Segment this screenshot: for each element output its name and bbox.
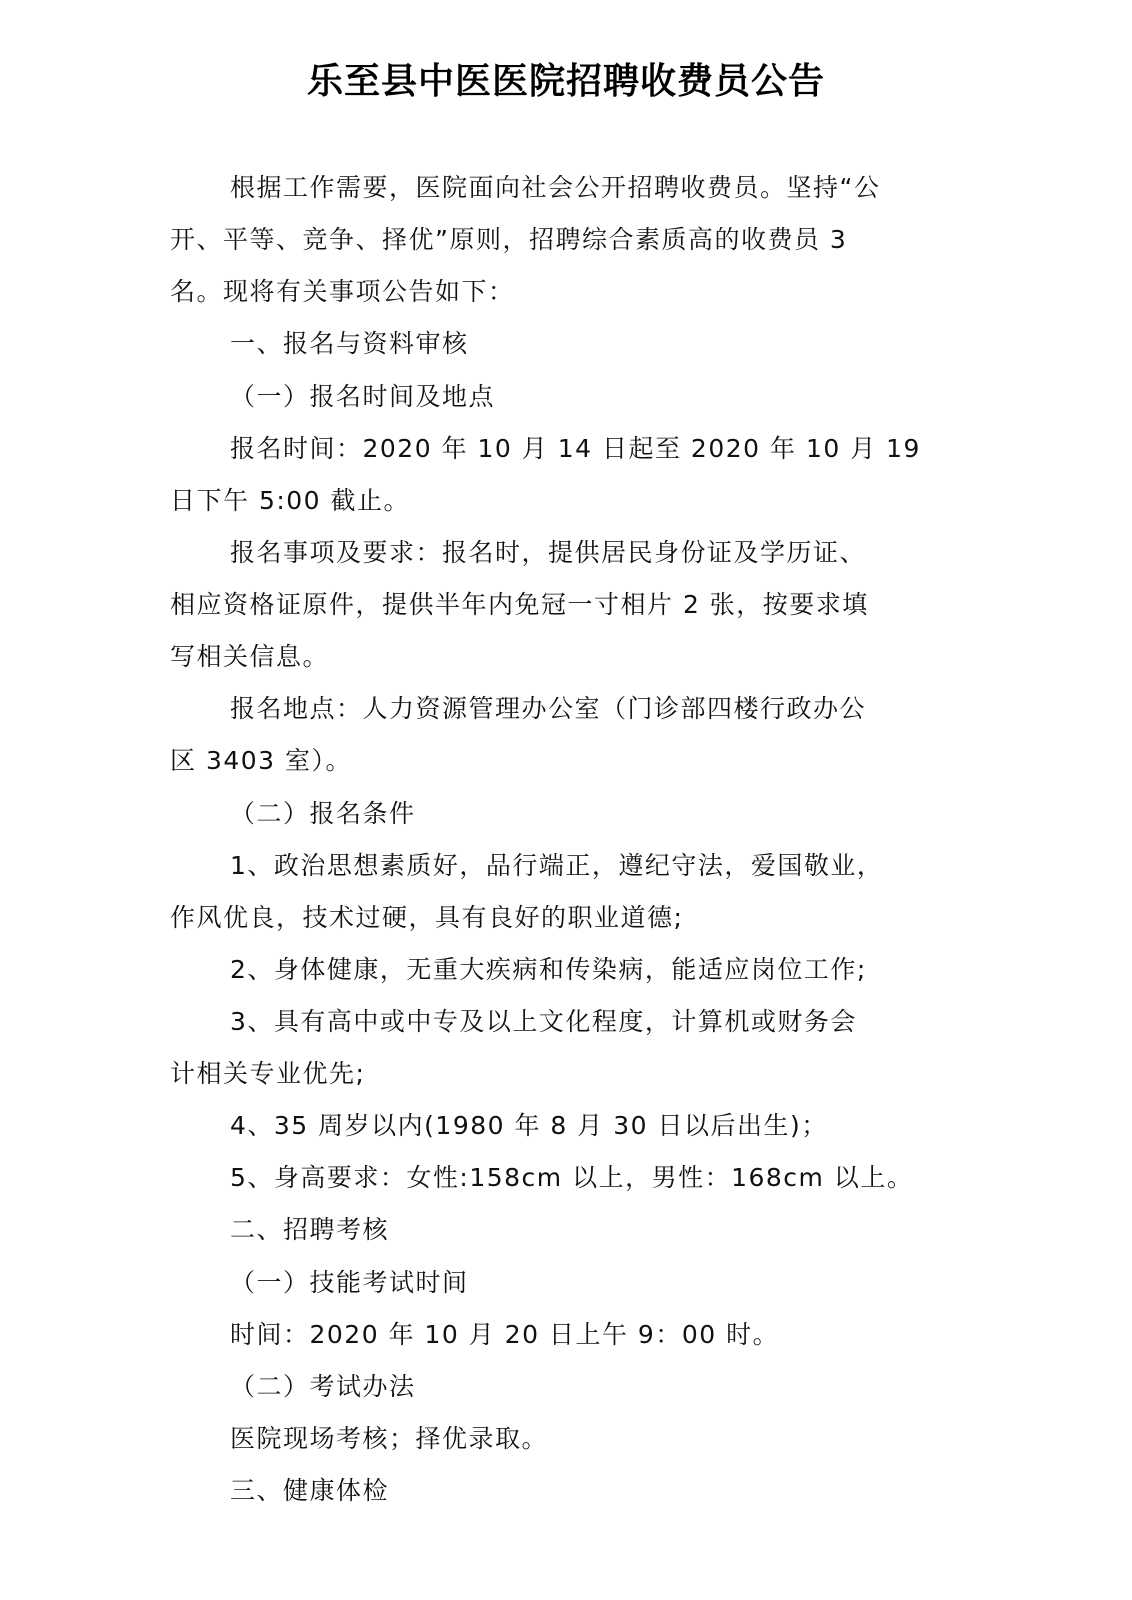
document-title: 乐至县中医医院招聘收费员公告 (0, 54, 1132, 110)
intro-paragraph-line-1: 根据工作需要，医院面向社会公开招聘收费员。坚持“公 (230, 168, 960, 208)
registration-location-line-1: 报名地点：人力资源管理办公室（门诊部四楼行政办公 (230, 689, 960, 729)
condition-3-line-1: 3、具有高中或中专及以上文化程度，计算机或财务会 (230, 1002, 960, 1042)
condition-5: 5、身高要求：女性:158cm 以上，男性：168cm 以上。 (230, 1158, 960, 1198)
section-heading-health-check: 三、健康体检 (230, 1471, 960, 1511)
subsection-heading-conditions: （二）报名条件 (230, 794, 960, 834)
condition-4: 4、35 周岁以内(1980 年 8 月 30 日以后出生)； (230, 1106, 960, 1146)
section-heading-registration: 一、报名与资料审核 (230, 324, 960, 364)
registration-location-line-2: 区 3403 室）。 (170, 741, 960, 781)
registration-requirements-line-1: 报名事项及要求：报名时，提供居民身份证及学历证、 (230, 533, 960, 573)
exam-time: 时间：2020 年 10 月 20 日上午 9：00 时。 (230, 1315, 960, 1355)
section-heading-assessment: 二、招聘考核 (230, 1210, 960, 1250)
registration-requirements-line-3: 写相关信息。 (170, 637, 960, 677)
condition-1-line-1: 1、政治思想素质好，品行端正，遵纪守法，爱国敬业， (230, 846, 960, 886)
registration-time-line-1: 报名时间：2020 年 10 月 14 日起至 2020 年 10 月 19 (230, 429, 960, 469)
intro-paragraph-line-2: 开、平等、竞争、择优”原则，招聘综合素质高的收费员 3 (170, 220, 960, 260)
condition-2: 2、身体健康，无重大疾病和传染病，能适应岗位工作; (230, 950, 960, 990)
subsection-heading-exam-time: （一）技能考试时间 (230, 1263, 960, 1303)
document-page: 乐至县中医医院招聘收费员公告 根据工作需要，医院面向社会公开招聘收费员。坚持“公… (0, 0, 1132, 1600)
subsection-heading-exam-method: （二）考试办法 (230, 1367, 960, 1407)
registration-requirements-line-2: 相应资格证原件，提供半年内免冠一寸相片 2 张，按要求填 (170, 585, 960, 625)
registration-time-line-2: 日下午 5:00 截止。 (170, 481, 960, 521)
condition-1-line-2: 作风优良，技术过硬，具有良好的职业道德; (170, 898, 960, 938)
exam-method: 医院现场考核；择优录取。 (230, 1419, 960, 1459)
subsection-heading-time-place: （一）报名时间及地点 (230, 377, 960, 417)
intro-paragraph-line-3: 名。现将有关事项公告如下： (170, 272, 960, 312)
condition-3-line-2: 计相关专业优先; (170, 1054, 960, 1094)
